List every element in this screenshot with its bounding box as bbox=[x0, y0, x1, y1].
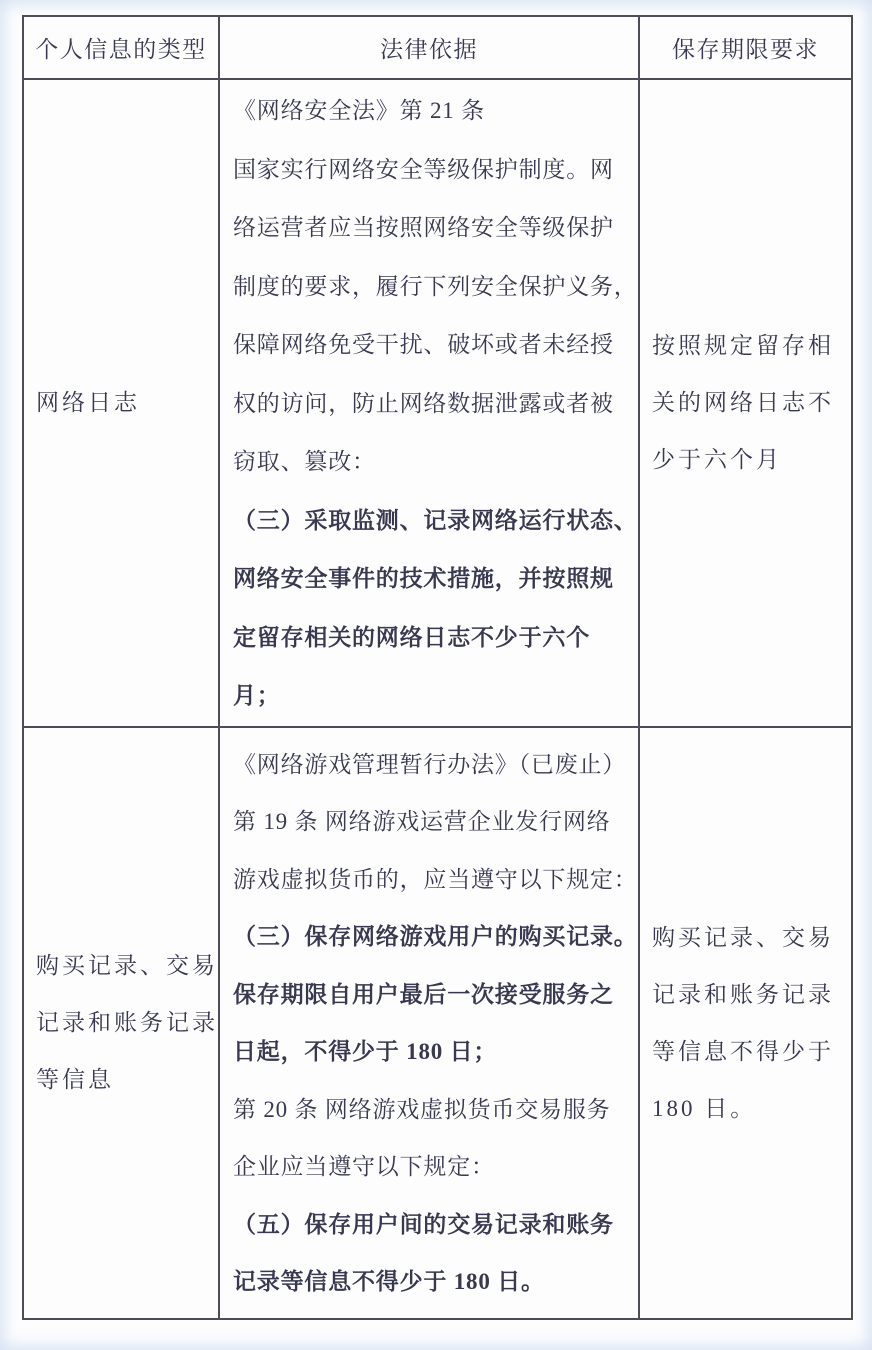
text-line: 关的网络日志不 bbox=[652, 374, 851, 431]
text-line: 保障网络免受干扰、破坏或者未经授 bbox=[233, 316, 636, 375]
text-line: 络运营者应当按照网络安全等级保护 bbox=[233, 199, 636, 258]
type-text: 网络日志 bbox=[24, 374, 218, 431]
cell-retention-network-logs: 按照规定留存相关的网络日志不少于六个月 bbox=[639, 79, 852, 727]
document-page: 个人信息的类型 法律依据 保存期限要求 网络日志 《网络安全法》第 21 条国家… bbox=[0, 0, 872, 1350]
text-line: 记录和账务记录 bbox=[36, 994, 218, 1051]
text-line: （五）保存用户间的交易记录和账务 bbox=[233, 1196, 636, 1254]
text-line: 游戏虚拟货币的，应当遵守以下规定： bbox=[233, 851, 636, 909]
text-line: 第 19 条 网络游戏运营企业发行网络 bbox=[233, 793, 636, 851]
cell-legal-basis-network-logs: 《网络安全法》第 21 条国家实行网络安全等级保护制度。网络运营者应当按照网络安… bbox=[219, 79, 639, 727]
text-line: 180 日。 bbox=[652, 1080, 851, 1137]
text-line: 按照规定留存相 bbox=[652, 317, 851, 374]
cell-legal-basis-purchase-records: 《网络游戏管理暂行办法》（已废止）第 19 条 网络游戏运营企业发行网络游戏虚拟… bbox=[219, 727, 639, 1319]
cell-type-purchase-records: 购买记录、交易记录和账务记录等信息 bbox=[23, 727, 219, 1319]
table-row-purchase-records: 购买记录、交易记录和账务记录等信息 《网络游戏管理暂行办法》（已废止）第 19 … bbox=[23, 727, 852, 1319]
text-line: 《网络安全法》第 21 条 bbox=[233, 82, 636, 141]
text-line: 购买记录、交易 bbox=[652, 909, 851, 966]
text-line: 权的访问，防止网络数据泄露或者被 bbox=[233, 375, 636, 434]
type-text: 购买记录、交易记录和账务记录等信息 bbox=[24, 937, 218, 1108]
retention-text: 购买记录、交易记录和账务记录等信息不得少于180 日。 bbox=[640, 909, 851, 1137]
cell-retention-purchase-records: 购买记录、交易记录和账务记录等信息不得少于180 日。 bbox=[639, 727, 852, 1319]
cell-type-network-logs: 网络日志 bbox=[23, 79, 219, 727]
header-retention-requirement: 保存期限要求 bbox=[639, 16, 852, 79]
text-line: 购买记录、交易 bbox=[36, 937, 218, 994]
header-row: 个人信息的类型 法律依据 保存期限要求 bbox=[23, 16, 852, 79]
legal-basis-text: 《网络安全法》第 21 条国家实行网络安全等级保护制度。网络运营者应当按照网络安… bbox=[220, 80, 638, 726]
text-line: 《网络游戏管理暂行办法》（已废止） bbox=[233, 736, 636, 794]
text-line: 企业应当遵守以下规定： bbox=[233, 1138, 636, 1196]
table-row-network-logs: 网络日志 《网络安全法》第 21 条国家实行网络安全等级保护制度。网络运营者应当… bbox=[23, 79, 852, 727]
text-line: 窃取、篡改： bbox=[233, 433, 636, 492]
retention-requirements-table: 个人信息的类型 法律依据 保存期限要求 网络日志 《网络安全法》第 21 条国家… bbox=[22, 15, 853, 1320]
text-line: 记录等信息不得少于 180 日。 bbox=[233, 1253, 636, 1311]
text-line: 保存期限自用户最后一次接受服务之 bbox=[233, 966, 636, 1024]
text-line: 记录和账务记录 bbox=[652, 966, 851, 1023]
text-line: （三）保存网络游戏用户的购买记录。 bbox=[233, 908, 636, 966]
header-legal-basis: 法律依据 bbox=[219, 16, 639, 79]
text-line: 国家实行网络安全等级保护制度。网 bbox=[233, 141, 636, 200]
text-line: 网络安全事件的技术措施，并按照规 bbox=[233, 550, 636, 609]
text-line: 等信息不得少于 bbox=[652, 1023, 851, 1080]
text-line: 定留存相关的网络日志不少于六个 bbox=[233, 609, 636, 668]
text-line: （三）采取监测、记录网络运行状态、 bbox=[233, 492, 636, 551]
header-personal-info-type: 个人信息的类型 bbox=[23, 16, 219, 79]
text-line: 制度的要求，履行下列安全保护义务， bbox=[233, 258, 636, 317]
text-line: 日起，不得少于 180 日； bbox=[233, 1023, 636, 1081]
text-line: 第 20 条 网络游戏虚拟货币交易服务 bbox=[233, 1081, 636, 1139]
retention-text: 按照规定留存相关的网络日志不少于六个月 bbox=[640, 317, 851, 488]
legal-basis-text: 《网络游戏管理暂行办法》（已废止）第 19 条 网络游戏运营企业发行网络游戏虚拟… bbox=[220, 728, 638, 1311]
text-line: 少于六个月 bbox=[652, 431, 851, 488]
text-line: 网络日志 bbox=[36, 374, 218, 431]
text-line: 月； bbox=[233, 667, 636, 726]
text-line: 等信息 bbox=[36, 1051, 218, 1108]
